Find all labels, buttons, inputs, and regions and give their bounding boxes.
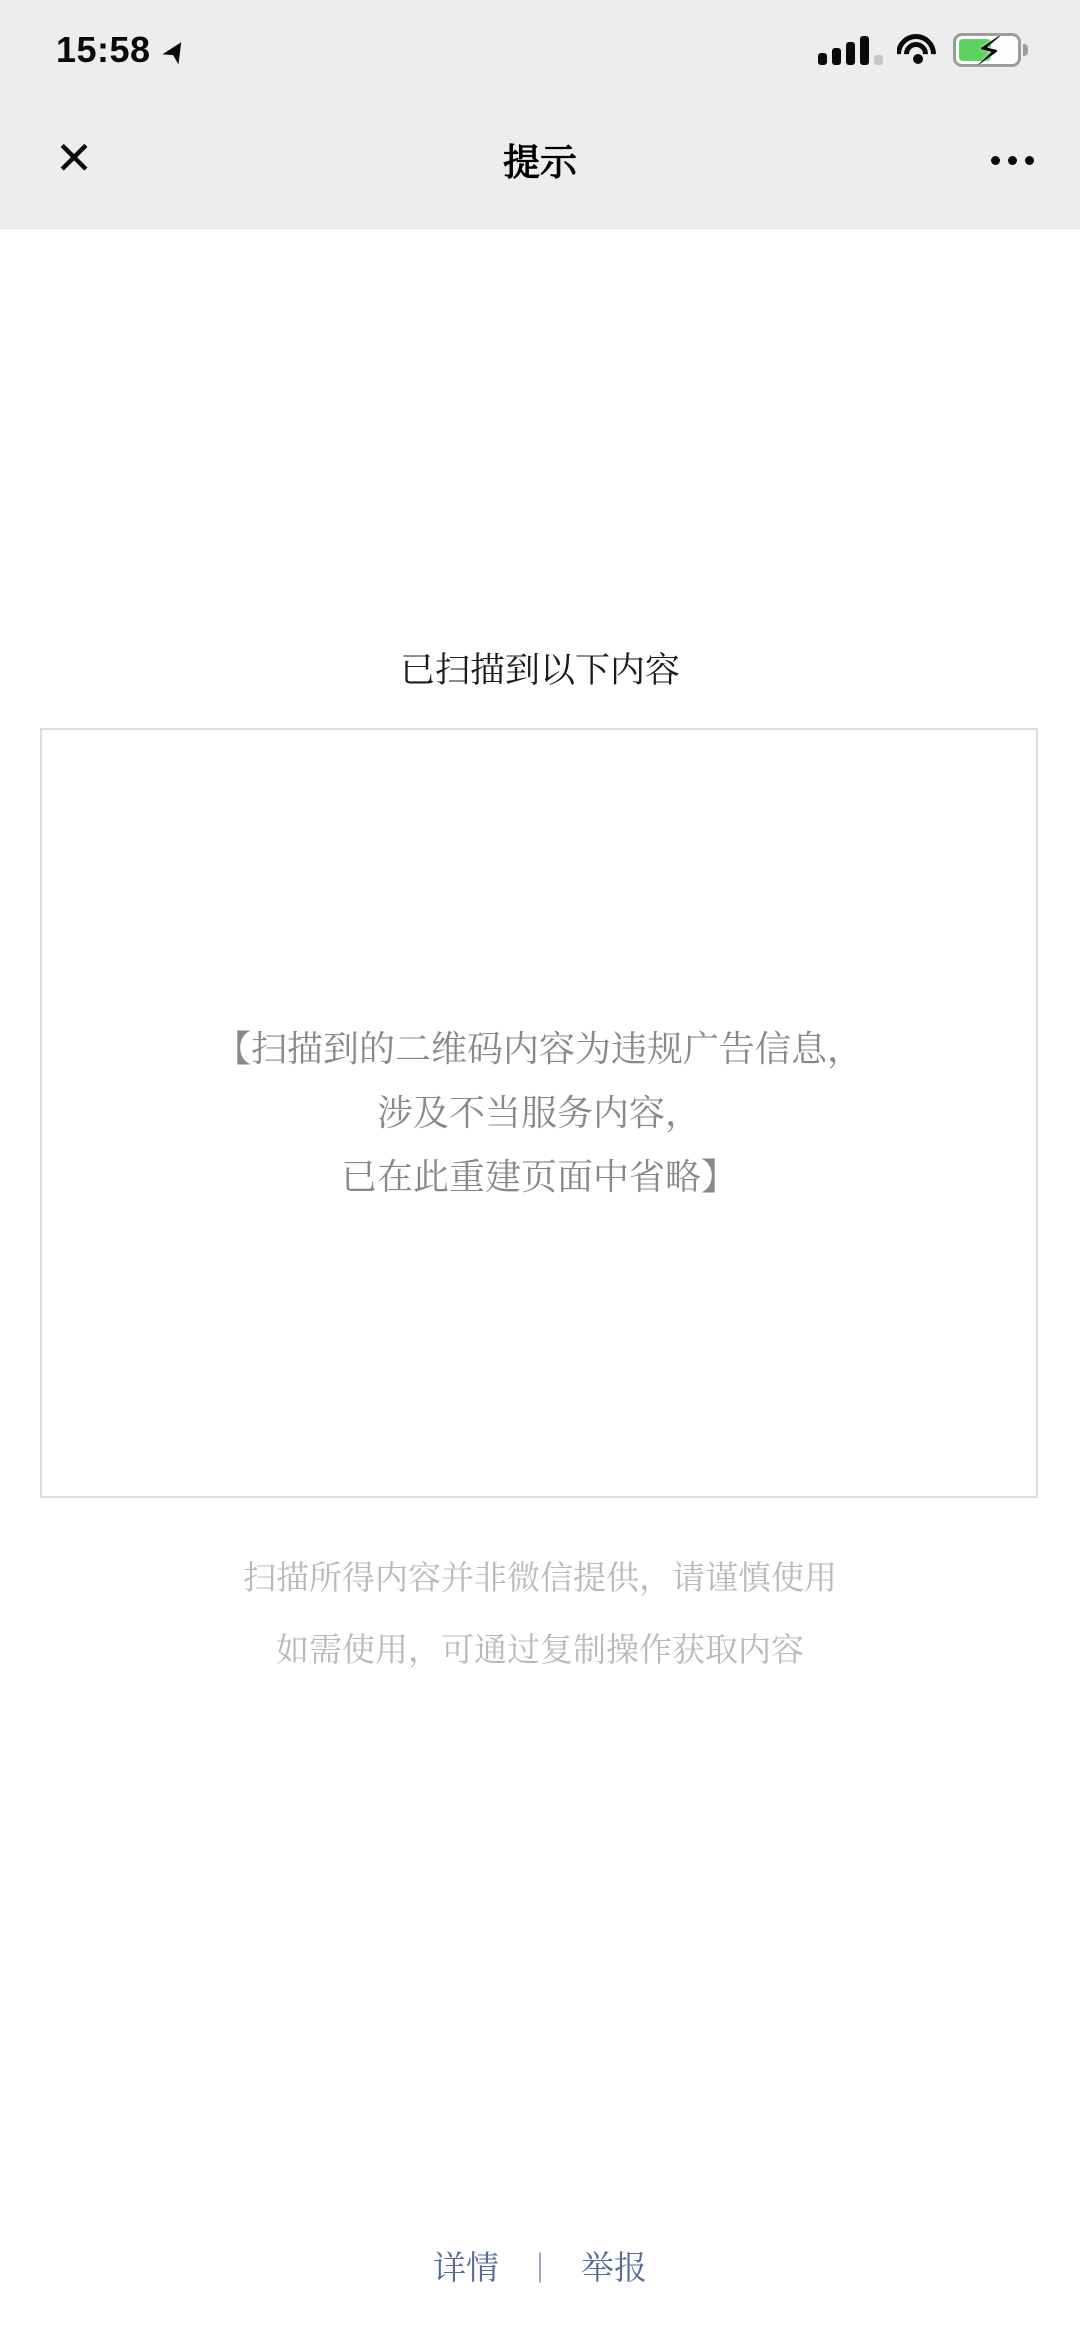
cellular-signal-icon — [818, 35, 883, 65]
scan-result-heading: 已扫描到以下内容 — [0, 643, 1080, 693]
close-icon: ✕ — [55, 135, 94, 181]
scanned-content-line: 已在此重建页面中省略】 — [215, 1145, 863, 1209]
details-link[interactable]: 详情 — [433, 2242, 499, 2289]
location-arrow-icon: ➤ — [153, 31, 196, 71]
status-bar: 15:58 ➤ ⚡ — [0, 0, 1080, 90]
close-button[interactable]: ✕ — [42, 126, 106, 190]
more-dots-icon — [991, 156, 1000, 165]
disclaimer-line-2: 如需使用，可通过复制操作获取内容 — [0, 1614, 1080, 1686]
scanned-content-line: 涉及不当服务内容， — [215, 1081, 863, 1145]
report-link[interactable]: 举报 — [581, 2242, 647, 2289]
top-chrome: 15:58 ➤ ⚡ ✕ 提示 — [0, 0, 1080, 229]
wechat-disclaimer: 扫描所得内容并非微信提供，请谨慎使用 如需使用，可通过复制操作获取内容 — [0, 1542, 1080, 1686]
scanned-content-line: 【扫描到的二维码内容为违规广告信息， — [215, 1017, 863, 1081]
footer-separator: ｜ — [525, 2244, 555, 2288]
scanned-content-lines: 【扫描到的二维码内容为违规广告信息，涉及不当服务内容，已在此重建页面中省略】 — [215, 1017, 863, 1209]
disclaimer-line-1: 扫描所得内容并非微信提供，请谨慎使用 — [0, 1542, 1080, 1614]
page-title: 提示 — [0, 132, 1080, 186]
clock-time: 15:58 — [56, 29, 151, 71]
status-left: 15:58 ➤ — [56, 29, 186, 71]
footer-links: 详情 ｜ 举报 — [0, 2242, 1080, 2289]
status-right: ⚡ — [818, 33, 1028, 67]
charging-bolt-icon: ⚡ — [975, 29, 1003, 75]
nav-bar: ✕ 提示 — [0, 90, 1080, 228]
battery-charging-icon: ⚡ — [953, 33, 1028, 67]
wifi-icon — [897, 34, 939, 66]
scanned-content-box: 【扫描到的二维码内容为违规广告信息，涉及不当服务内容，已在此重建页面中省略】 — [40, 728, 1038, 1498]
more-options-button[interactable] — [991, 148, 1034, 173]
